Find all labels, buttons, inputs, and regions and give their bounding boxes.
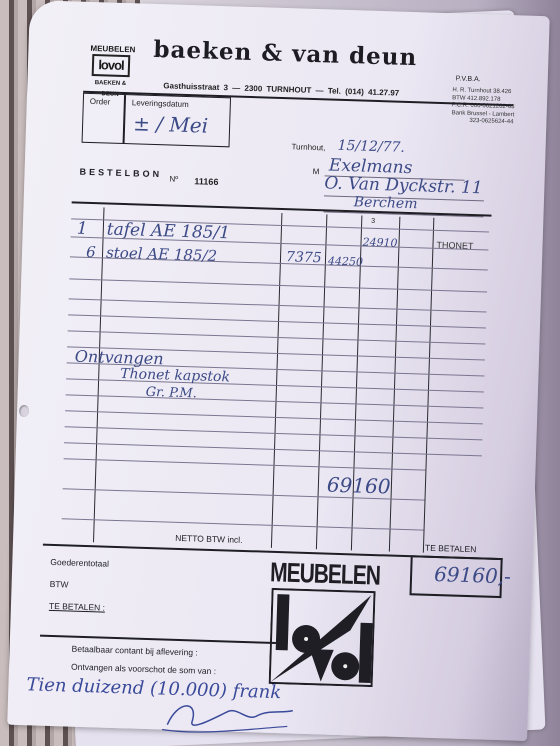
registration-info: H. R. Turnhout 38.426BTW 412.892.178P.C.… [451,87,515,126]
line-description: stoel AE 185/2 [106,244,217,265]
subtotal-value: 69160 [327,473,391,499]
to-pay-label: TE BETALEN : [49,601,105,613]
lovol-logo-icon [269,588,376,687]
logo-mark: lovol [92,54,131,77]
customer-street: O. Van Dyckstr. 11 [324,173,483,198]
total-value: 69160,- [434,562,511,588]
line-unit-price: 7375 [286,249,322,266]
goods-total-label: Goederentotaal [50,557,109,569]
delivery-date-label: Leveringsdatum [132,98,189,109]
order-date: 15/12/77. [337,138,405,156]
delivery-date-value: ± / Mei [133,111,209,137]
payment-rule [40,635,276,644]
line-qty: 1 [77,219,88,239]
order-number: 11166 [194,176,218,187]
signature-icon [157,694,298,738]
line-amount: 24910 [362,236,397,250]
remark-line-2: Thonet kapstok [120,366,230,385]
line-qty: 6 [86,243,96,261]
order-lines-table: 3 1 tafel AE 185/1 24910 THONET 6 stoel … [61,206,489,554]
number-label: Nº [169,174,178,183]
advance-payment-label: Ontvangen als voorschot de som van : [71,662,216,677]
total-box: 69160,- [409,555,502,598]
punch-hole [19,405,29,417]
line-description: tafel AE 185/1 [107,220,231,244]
customer-city: Berchem [354,194,418,212]
order-box: Order Leveringsdatum ± / Mei [82,93,231,148]
logo-top-text: MEUBELEN [90,44,135,54]
order-title: BESTELBON [79,167,162,180]
company-name: baeken & van deun [153,36,418,71]
meubelen-logo: MEUBELEN [267,558,379,689]
city-label: Turnhout, [291,142,325,152]
legal-form: P.V.B.A. [456,75,481,83]
remark-line-1: Ontvangen [75,347,164,369]
line-note: THONET [436,240,473,251]
remark-line-3: Gr. P.M. [145,385,197,402]
company-logo-small: MEUBELEN lovol BAEKEN & DEUN [89,44,132,89]
net-vat-incl-label: NETTO BTW incl. [175,533,243,545]
to-pay-header: TE BETALEN [425,543,477,555]
column-header-3: 3 [371,218,375,225]
order-label: Order [90,97,111,107]
customer-prefix: M [313,167,320,176]
logo-wordmark: MEUBELEN [270,558,379,593]
cash-payment-label: Betaalbaar contant bij aflevering : [71,644,197,658]
vat-label: BTW [50,579,69,590]
order-form: MEUBELEN lovol BAEKEN & DEUN baeken & va… [7,0,550,741]
line-amount: 44250 [328,254,363,268]
